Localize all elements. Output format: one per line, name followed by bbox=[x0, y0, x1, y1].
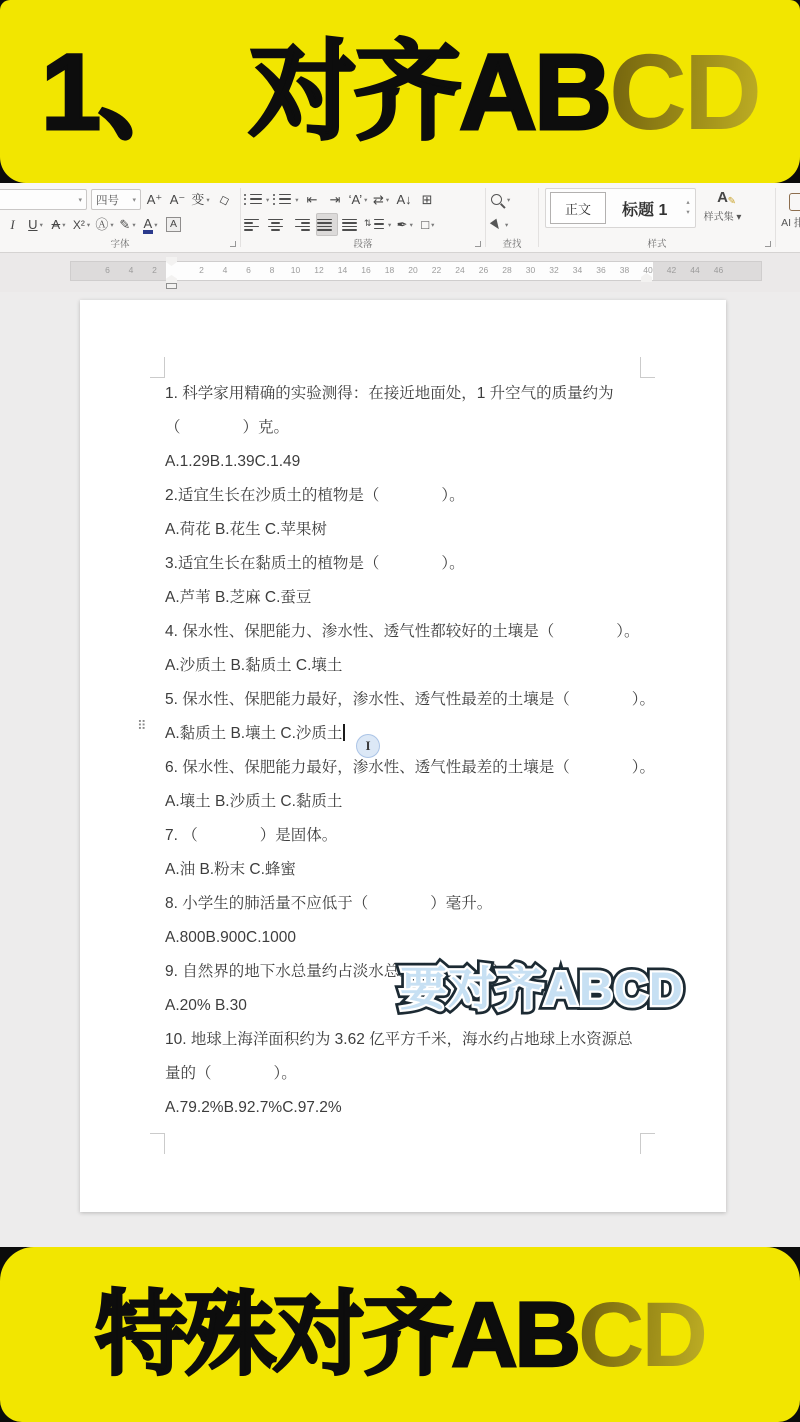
top-banner-black-text: 对齐AB bbox=[249, 31, 609, 152]
video-frame: 1、对齐ABCD 线▾四号▾A⁺A⁻变▾◇IU▾A▾X²▾Ⓐ▾✎▾A▾A字体▾▾… bbox=[0, 0, 800, 1422]
doc-line[interactable]: 1. 科学家用精确的实验测得：在接近地面处，1 升空气的质量约为 bbox=[165, 377, 646, 411]
shrink-font-button-icon: A⁻ bbox=[170, 193, 186, 206]
char-shading-button[interactable]: A bbox=[164, 214, 183, 235]
ruler-number: 40 bbox=[640, 266, 656, 275]
border-button[interactable]: □▾ bbox=[418, 214, 437, 235]
ai-layout-label: AI 排版 bbox=[781, 215, 800, 230]
chevron-down-icon: ▾ bbox=[507, 196, 510, 204]
heading1-style-button[interactable]: 标题 1 bbox=[612, 192, 677, 224]
dialog-launcher-icon[interactable] bbox=[475, 241, 481, 247]
stamp-button-icon: ✒ bbox=[397, 218, 408, 231]
char-scale-button[interactable]: ‘A’▾ bbox=[349, 189, 368, 210]
text-boundary-mark bbox=[150, 357, 165, 378]
document-page[interactable]: 1. 科学家用精确的实验测得：在接近地面处，1 升空气的质量约为（ ）克。A.1… bbox=[80, 300, 726, 1212]
italic-button[interactable]: I bbox=[3, 214, 22, 235]
bullet-list-button-icon bbox=[244, 192, 264, 208]
bottom-banner-black-text: 特殊对齐AB bbox=[95, 1284, 578, 1386]
line-spacing-button-icon bbox=[366, 217, 386, 233]
find-button[interactable]: ▾ bbox=[489, 189, 510, 210]
doc-line[interactable]: 2.适宜生长在沙质土的植物是（ ）。 bbox=[165, 479, 646, 513]
ruler-number: 4 bbox=[217, 266, 233, 275]
ruler-number: 42 bbox=[664, 266, 680, 275]
sort-button-icon: A↓ bbox=[396, 193, 411, 206]
ruler-number: 10 bbox=[288, 266, 304, 275]
text-boundary-mark bbox=[640, 357, 655, 378]
align-left-button[interactable] bbox=[244, 214, 264, 235]
ruler-number: 36 bbox=[593, 266, 609, 275]
show-marks-button-icon: ⊞ bbox=[422, 193, 433, 206]
paragraph-drag-handle-icon[interactable]: ⠿ bbox=[137, 719, 147, 732]
highlight-color-button-icon: ✎ bbox=[119, 218, 130, 231]
doc-line[interactable]: A.800B.900C.1000 bbox=[165, 921, 646, 955]
underline-button-icon: U bbox=[28, 218, 37, 231]
chevron-down-icon: ▾ bbox=[410, 221, 413, 229]
justify-button-icon bbox=[317, 217, 337, 233]
find-group-label: 查找 bbox=[486, 236, 538, 250]
doc-line[interactable]: A.79.2%B.92.7%C.97.2% bbox=[165, 1091, 646, 1125]
stamp-button[interactable]: ✒▾ bbox=[395, 214, 414, 235]
italic-button-icon: I bbox=[10, 218, 14, 231]
chevron-down-icon: ▾ bbox=[364, 196, 367, 204]
letter-a-icon: A bbox=[717, 189, 728, 206]
font-group: 线▾四号▾A⁺A⁻变▾◇IU▾A▾X²▾Ⓐ▾✎▾A▾A字体 bbox=[0, 183, 240, 252]
font-color-button[interactable]: A▾ bbox=[141, 214, 160, 235]
char-scale-button-icon: ‘A’ bbox=[349, 193, 362, 206]
paragraph-row-1: ▾✒▾□▾ bbox=[241, 212, 485, 237]
decrease-indent-button[interactable]: ⇤ bbox=[303, 189, 322, 210]
ai-layout-button[interactable]: ✎AI 排版 bbox=[776, 187, 800, 230]
doc-line[interactable]: A.沙质土 B.黏质土 C.壤土 bbox=[165, 649, 646, 683]
ruler-number: 4 bbox=[123, 266, 139, 275]
caption-text: 要对齐ABCD bbox=[400, 963, 684, 1015]
paragraph-group-label: 段落 bbox=[241, 236, 485, 250]
ruler-number: 26 bbox=[476, 266, 492, 275]
text-direction-button[interactable]: ⇄▾ bbox=[372, 189, 391, 210]
ai-layout-group: ✎AI 排版 bbox=[776, 183, 800, 252]
style-set-icon: A✎ bbox=[717, 190, 728, 205]
doc-line[interactable]: 4. 保水性、保肥能力、渗水性、透气性都较好的土壤是（ ）。 bbox=[165, 615, 646, 649]
top-banner: 1、对齐ABCD bbox=[0, 0, 800, 183]
chevron-down-icon: ▾ bbox=[505, 221, 508, 229]
chevron-down-icon: ▾ bbox=[206, 196, 209, 204]
doc-line[interactable]: A.油 B.粉末 C.蜂蜜 bbox=[165, 853, 646, 887]
show-marks-button[interactable]: ⊞ bbox=[418, 189, 437, 210]
grow-font-button-icon: A⁺ bbox=[147, 193, 163, 206]
dialog-launcher-icon[interactable] bbox=[230, 241, 236, 247]
ruler-number: 6 bbox=[241, 266, 257, 275]
doc-line[interactable]: A.壤土 B.沙质土 C.黏质土 bbox=[165, 785, 646, 819]
doc-line[interactable]: （ ）克。 bbox=[165, 411, 646, 445]
ruler-number: 38 bbox=[617, 266, 633, 275]
find-group: ▾▾查找 bbox=[486, 183, 538, 252]
scroll-down-icon[interactable]: ▾ bbox=[686, 210, 689, 217]
highlight-color-button[interactable]: ✎▾ bbox=[118, 214, 137, 235]
chevron-down-icon: ▾ bbox=[154, 221, 157, 229]
chevron-down-icon: ▾ bbox=[386, 196, 389, 204]
style-gallery-box: 正文标题 1▴▾ bbox=[545, 188, 696, 228]
ruler-number: 44 bbox=[687, 266, 703, 275]
ruler-number: 16 bbox=[358, 266, 374, 275]
align-center-button[interactable] bbox=[268, 214, 288, 235]
bullet-list-button[interactable]: ▾ bbox=[244, 189, 269, 210]
align-right-button-icon bbox=[292, 217, 312, 233]
phonetic-guide-button-icon: 变 bbox=[191, 193, 204, 206]
superscript-button-icon: X² bbox=[73, 219, 85, 231]
font-row-0: 线▾四号▾A⁺A⁻变▾◇ bbox=[0, 187, 240, 212]
doc-line[interactable]: 5. 保水性、保肥能力最好，渗水性、透气性最差的土壤是（ ）。 bbox=[165, 683, 646, 717]
text-boundary-mark bbox=[640, 1133, 655, 1154]
text-effects-button[interactable]: Ⓐ▾ bbox=[95, 214, 114, 235]
font-size-combo-value: 四号 bbox=[96, 192, 119, 208]
ruler-number: 28 bbox=[499, 266, 515, 275]
ruler-number: 24 bbox=[452, 266, 468, 275]
styles-group-label: 样式 bbox=[539, 236, 775, 250]
justify-button[interactable] bbox=[316, 213, 338, 236]
text-direction-button-icon: ⇄ bbox=[373, 193, 384, 206]
doc-line[interactable]: 7. （ ）是固体。 bbox=[165, 819, 646, 853]
bottom-banner-accent-text: CD bbox=[578, 1284, 705, 1386]
doc-line[interactable]: 量的（ ）。 bbox=[165, 1057, 646, 1091]
scroll-up-icon[interactable]: ▴ bbox=[686, 200, 689, 207]
ibeam-cursor-icon: I bbox=[356, 734, 380, 758]
chevron-down-icon: ▾ bbox=[40, 221, 43, 229]
ruler-number: 6 bbox=[100, 266, 116, 275]
doc-line[interactable]: A.芦苇 B.芝麻 C.蚕豆 bbox=[165, 581, 646, 615]
chevron-down-icon: ▾ bbox=[87, 221, 90, 229]
top-banner-prefix: 1、 bbox=[41, 31, 203, 152]
style-set-label: 样式集 ▾ bbox=[704, 208, 742, 223]
style-set-button[interactable]: A✎样式集 ▾ bbox=[704, 188, 742, 223]
ruler-number: 2 bbox=[147, 266, 163, 275]
sort-button[interactable]: A↓ bbox=[395, 189, 414, 210]
text-boundary-mark bbox=[150, 1133, 165, 1154]
ruler-number: 20 bbox=[405, 266, 421, 275]
font-color-button-icon: A bbox=[144, 217, 153, 233]
clear-format-button[interactable]: ◇ bbox=[214, 189, 233, 210]
align-center-button-icon bbox=[268, 217, 288, 233]
ribbon-toolbar: 线▾四号▾A⁺A⁻变▾◇IU▾A▾X²▾Ⓐ▾✎▾A▾A字体▾▾⇤⇥‘A’▾⇄▾A… bbox=[0, 183, 800, 253]
font-name-combo[interactable]: 线▾ bbox=[0, 189, 87, 210]
ruler-number: 8 bbox=[264, 266, 280, 275]
styles-group: 正文标题 1▴▾A✎样式集 ▾样式 bbox=[539, 183, 775, 252]
body-style-button[interactable]: 正文 bbox=[550, 192, 606, 224]
chevron-down-icon: ▾ bbox=[78, 196, 82, 204]
ruler-number: 14 bbox=[335, 266, 351, 275]
doc-line[interactable]: 8. 小学生的肺活量不应低于（ ）毫升。 bbox=[165, 887, 646, 921]
distribute-button[interactable] bbox=[342, 214, 362, 235]
select-button-icon bbox=[490, 218, 502, 231]
clear-format-button-icon: ◇ bbox=[217, 192, 231, 207]
ruler-number: 34 bbox=[570, 266, 586, 275]
ruler-number: 30 bbox=[523, 266, 539, 275]
bottom-banner: 特殊对齐ABCD bbox=[0, 1247, 800, 1422]
strikethrough-button[interactable]: A▾ bbox=[49, 214, 68, 235]
superscript-button[interactable]: X²▾ bbox=[72, 214, 91, 235]
top-banner-text: 1、对齐ABCD bbox=[41, 38, 759, 146]
document-area: 1. 科学家用精确的实验测得：在接近地面处，1 升空气的质量约为（ ）克。A.1… bbox=[0, 292, 800, 1247]
ruler-number: 22 bbox=[429, 266, 445, 275]
chevron-down-icon: ▾ bbox=[62, 221, 65, 229]
find-button-icon bbox=[491, 194, 502, 205]
doc-line[interactable]: A.荷花 B.花生 C.苹果树 bbox=[165, 513, 646, 547]
underline-button[interactable]: U▾ bbox=[26, 214, 45, 235]
ruler-number: 12 bbox=[311, 266, 327, 275]
distribute-button-icon bbox=[342, 217, 362, 233]
doc-line[interactable]: A.1.29B.1.39C.1.49 bbox=[165, 445, 646, 479]
chevron-down-icon: ▾ bbox=[110, 221, 113, 229]
strikethrough-button-icon: A bbox=[52, 218, 61, 231]
left-indent-marker[interactable] bbox=[166, 283, 177, 289]
ruler-number: 2 bbox=[194, 266, 210, 275]
text-effects-button-icon: Ⓐ bbox=[95, 218, 108, 231]
find-row-1: ▾ bbox=[486, 212, 538, 237]
doc-line[interactable]: 3.适宜生长在黏质土的植物是（ ）。 bbox=[165, 547, 646, 581]
grow-font-button[interactable]: A⁺ bbox=[145, 189, 164, 210]
style-gallery-scroll: ▴▾ bbox=[683, 200, 692, 216]
doc-line[interactable]: 6. 保水性、保肥能力最好，渗水性、透气性最差的土壤是（ ）。 bbox=[165, 751, 646, 785]
select-button[interactable]: ▾ bbox=[489, 214, 508, 235]
pen-icon: ✎ bbox=[728, 197, 736, 207]
paragraph-group: ▾▾⇤⇥‘A’▾⇄▾A↓⊞▾✒▾□▾段落 bbox=[241, 183, 485, 252]
ai-layout-icon: ✎ bbox=[789, 193, 800, 211]
bottom-banner-text: 特殊对齐ABCD bbox=[95, 1289, 705, 1381]
numbered-list-button-icon bbox=[273, 192, 293, 208]
ruler-number: 46 bbox=[711, 266, 727, 275]
border-button-icon: □ bbox=[421, 218, 429, 231]
top-banner-accent-text: CD bbox=[609, 31, 759, 152]
chevron-down-icon: ▾ bbox=[295, 196, 298, 204]
paragraph-row-0: ▾▾⇤⇥‘A’▾⇄▾A↓⊞ bbox=[241, 187, 485, 212]
doc-line[interactable]: A.黏质土 B.壤土 C.沙质土 bbox=[165, 717, 646, 751]
line-spacing-button[interactable]: ▾ bbox=[366, 214, 391, 235]
chevron-down-icon: ▾ bbox=[388, 221, 391, 229]
styles-gallery: 正文标题 1▴▾A✎样式集 ▾ bbox=[539, 187, 775, 228]
increase-indent-button[interactable]: ⇥ bbox=[326, 189, 345, 210]
numbered-list-button[interactable]: ▾ bbox=[273, 189, 298, 210]
doc-line[interactable]: 10. 地球上海洋面积约为 3.62 亿平方千米，海水约占地球上水资源总 bbox=[165, 1023, 646, 1057]
align-right-button[interactable] bbox=[292, 214, 312, 235]
align-left-button-icon bbox=[244, 217, 264, 233]
decrease-indent-button-icon: ⇤ bbox=[307, 193, 318, 206]
dialog-launcher-icon[interactable] bbox=[765, 241, 771, 247]
ruler-number: 32 bbox=[546, 266, 562, 275]
font-group-label: 字体 bbox=[0, 236, 240, 250]
ruler-number: 18 bbox=[382, 266, 398, 275]
find-row-0: ▾ bbox=[486, 187, 538, 212]
horizontal-ruler: 6422468101214161820222426283032343638404… bbox=[0, 253, 800, 292]
text-cursor bbox=[343, 724, 345, 741]
increase-indent-button-icon: ⇥ bbox=[330, 193, 341, 206]
chevron-down-icon: ▾ bbox=[132, 196, 136, 204]
font-size-combo[interactable]: 四号▾ bbox=[91, 189, 141, 210]
font-row-1: IU▾A▾X²▾Ⓐ▾✎▾A▾A bbox=[0, 212, 240, 237]
chevron-down-icon: ▾ bbox=[132, 221, 135, 229]
shrink-font-button[interactable]: A⁻ bbox=[168, 189, 187, 210]
phonetic-guide-button[interactable]: 变▾ bbox=[191, 189, 210, 210]
char-shading-button-icon: A bbox=[166, 217, 181, 232]
chevron-down-icon: ▾ bbox=[266, 196, 269, 204]
chevron-down-icon: ▾ bbox=[431, 221, 434, 229]
